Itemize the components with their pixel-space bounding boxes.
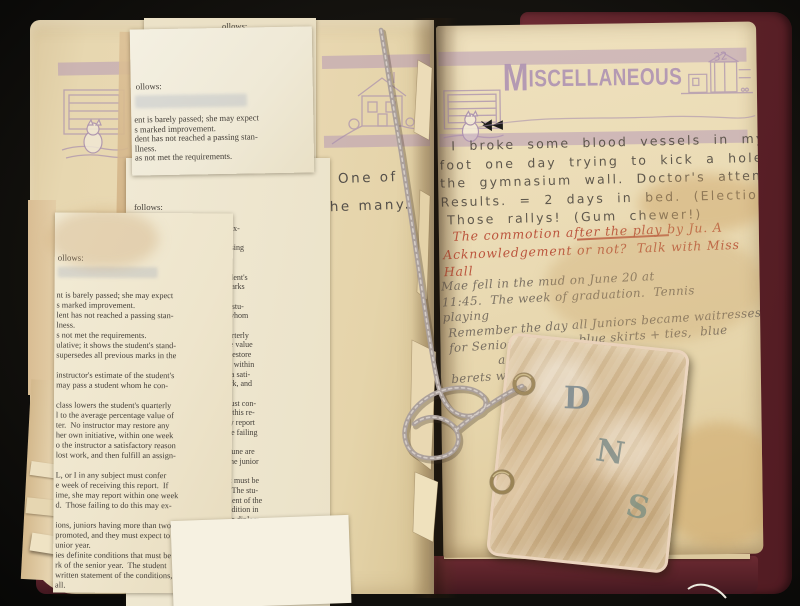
tag-letter-d: D xyxy=(563,380,591,417)
stain xyxy=(49,209,159,270)
scrapbook-scan: One of the many. ollows: follows: ay ex-… xyxy=(0,0,800,606)
left-note-line-2: the many. xyxy=(322,196,412,215)
dns-tag: D N S xyxy=(486,332,690,574)
slip-text: ent is barely passed; she may expects ma… xyxy=(134,112,313,163)
slip-header: ollows: xyxy=(136,81,162,91)
stain xyxy=(638,173,763,233)
faded-stamp-smudge xyxy=(135,94,247,109)
banner-title-initial: M xyxy=(503,61,529,94)
text-line: lent has not reached a passing stan- xyxy=(56,311,232,322)
text-line: lost work, and then fulfill an assign- xyxy=(56,451,232,462)
text-line: may pass a student whom he con- xyxy=(56,381,232,392)
text-line: supersedes all previous marks in the xyxy=(56,351,232,362)
left-note-line-1: One of xyxy=(338,169,398,187)
tag-letter-s: S xyxy=(622,487,653,528)
banner-title-rest: ISCELLANEOUS xyxy=(528,64,682,94)
text-line: d. Those failing to do this may ex- xyxy=(55,501,231,512)
text-line: as not met the requirements. xyxy=(135,150,313,163)
paper-slip-blank xyxy=(171,515,352,606)
paper-slip-top: ollows: ent is barely passed; she may ex… xyxy=(130,26,315,175)
slip-header: follows: xyxy=(134,202,163,212)
torn-gutter-paper xyxy=(400,40,460,560)
tag-letter-n: N xyxy=(594,432,628,472)
